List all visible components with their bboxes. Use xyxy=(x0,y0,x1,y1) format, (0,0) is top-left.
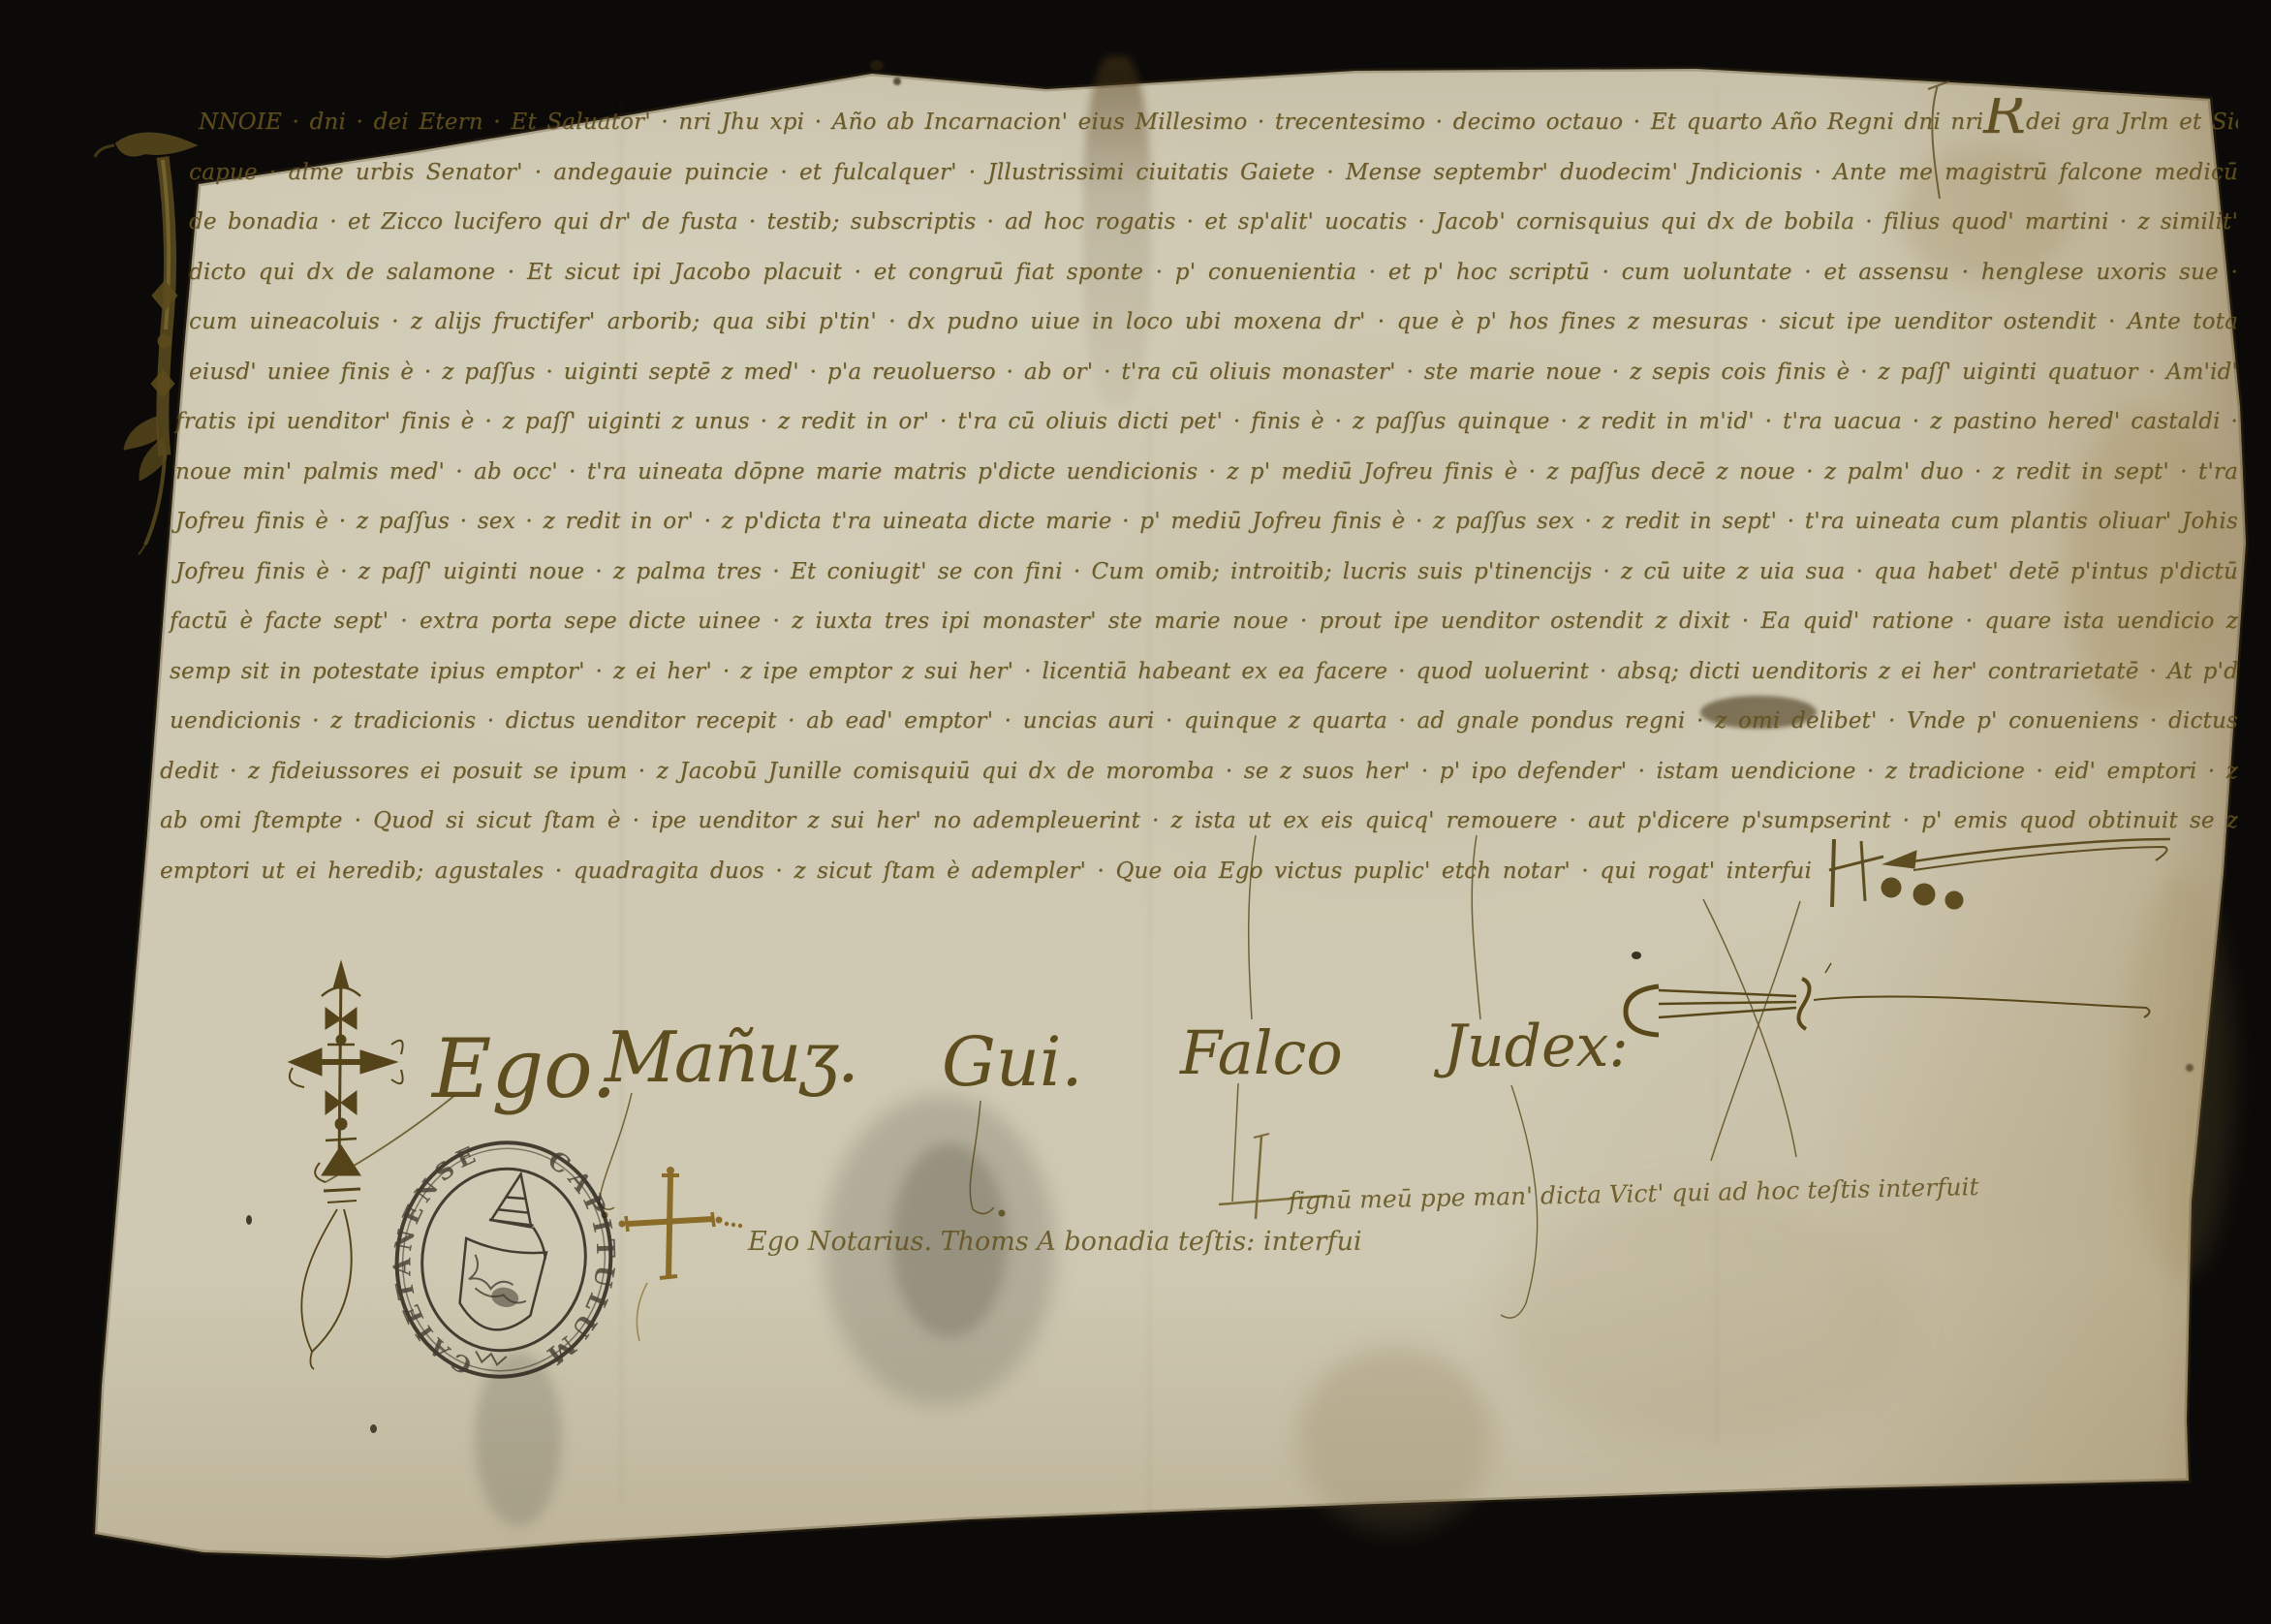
text-line-9: Jofreu finis è · z paſſus · sex · z redi… xyxy=(160,497,2238,547)
text-line-16: emptori ut ei heredib; agustales · quadr… xyxy=(160,847,1812,897)
speck xyxy=(870,60,884,71)
text-line-8: noue min' palmis med' · ab occ' · t'ra u… xyxy=(160,448,2238,498)
text-line-3: de bonadia · et Zicco lucifero qui dr' d… xyxy=(160,198,2238,248)
text-line-14: dedit · z fideiussores ei posuit se ipum… xyxy=(160,747,2238,797)
text-line-1: NNOIE · dni · dei Etern · Et Saluator' ·… xyxy=(160,98,2238,148)
charter-photograph: NNOIE · dni · dei Etern · Et Saluator' ·… xyxy=(0,0,2271,1624)
line1-opening: NNOIE · dni · dei Etern · Et Saluator' ·… xyxy=(199,98,1983,148)
line1-continuation: dei gra Jrlm et Sicilie Regis ducat' apu… xyxy=(2026,98,2238,148)
text-line-15: ab omi ſtempte · Quod si sicut ſtam è · … xyxy=(160,796,2238,847)
text-line-10: Jofreu finis è · z paſſ' uiginti noue · … xyxy=(160,547,2238,598)
charter-body-text: NNOIE · dni · dei Etern · Et Saluator' ·… xyxy=(160,98,2238,896)
text-line-5: cum uineacoluis · z alijs fructifer' arb… xyxy=(160,297,2238,348)
text-line-2: capue · alme urbis Senator' · andegauie … xyxy=(160,148,2238,199)
text-line-7: fratis ipi uenditor' finis è · z paſſ' u… xyxy=(160,397,2238,448)
text-line-13: uendicionis · z tradicionis · dictus uen… xyxy=(160,697,2238,747)
text-line-11: factū è facte sept' · extra porta sepe d… xyxy=(160,597,2238,647)
text-line-6: eiusd' uniee finis è · z paſſus · uigint… xyxy=(160,348,2238,398)
text-line-12: semp sit in potestate ipius emptor' · z … xyxy=(160,647,2238,698)
text-line-4: dicto qui dx de salamone · Et sicut ipi … xyxy=(160,248,2238,298)
